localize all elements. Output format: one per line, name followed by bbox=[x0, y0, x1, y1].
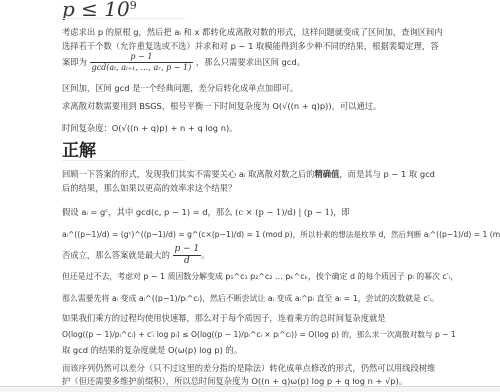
heading-divider bbox=[62, 18, 186, 19]
solution-para2-line1: 假设 aᵢ = gᶜ，其中 gcd(c, p − 1) = d，那么 (c × … bbox=[62, 206, 492, 219]
section-divider bbox=[62, 160, 186, 161]
paragraph-approach-line3: 案即为 p − 1 gcd(aₗ, aₗ₊₁, …, aᵣ, p − 1) ，那… bbox=[62, 52, 492, 73]
solution-para2-line2: aᵢ^((p−1)/d) = (gᶜ)^((p−1)/d) = g^(c×(p−… bbox=[62, 228, 492, 241]
paragraph-range-gcd: 区间加，区间 gcd 是一个经典问题，差分后转化成单点加即可。 bbox=[62, 82, 492, 95]
gcd-fraction: p − 1 gcd(aₗ, aₗ₊₁, …, aᵣ, p − 1) bbox=[90, 52, 194, 73]
bold-exact-value: 精确值 bbox=[314, 169, 339, 179]
paragraph-complexity: 时间复杂度：O(√((n + q)p) + n + q log n)。 bbox=[62, 122, 492, 135]
section-title-solution: 正解 bbox=[62, 136, 96, 161]
paragraph-bsgs: 求离散对数需要用到 BSGS，根号平衡一下时间复杂度为 O(√((n + q)p… bbox=[62, 100, 492, 113]
solution-para4-line1: 如果我们乘方的过程均使用快速幂，那么对于每个质因子，连着乘方的总时间复杂度就是 bbox=[62, 312, 492, 325]
solution-para4-line2: O(log((p − 1)/pᵢ^cᵢ) + c′ᵢ log pᵢ) ≤ O(l… bbox=[62, 328, 492, 341]
document-page: p ≤ 109 考虑求出 p 的原根 g，然后把 aᵢ 和 x 都转化成离散对数… bbox=[0, 0, 500, 387]
solution-para4-line3: 取 gcd 的结果的复杂度就是 O(ω(p) log p) 的。 bbox=[62, 344, 492, 357]
solution-para1-line2: 后的结果，那么如果以更高的效率求这个结果？ bbox=[62, 182, 492, 195]
solution-para2-line3: 否成立，那么答案就是最大的 p − 1 d 。 bbox=[62, 244, 492, 267]
solution-para3-line1: 但还是过不去，考虑对 p − 1 质因数分解变成 p₁^c₁ p₂^c₂ … p… bbox=[62, 270, 492, 283]
heading-constraint: p ≤ 109 bbox=[62, 0, 186, 18]
paragraph-approach-line1: 考虑求出 p 的原根 g，然后把 aᵢ 和 x 都转化成离散对数的形式，这样问题… bbox=[62, 26, 492, 39]
answer-fraction: p − 1 d bbox=[173, 244, 202, 267]
solution-para5-line2: 护（但还需要多维护前缀积），所以总时间复杂度为 O((n + q)ω(p) lo… bbox=[62, 375, 492, 388]
solution-para3-line2: 那么需要先将 aᵢ 变成 aᵢ^((p−1)/pᵢ^cᵢ)，然后不断尝试让 aᵢ… bbox=[62, 292, 492, 305]
solution-para1-line1: 回顾一下答案的形式，发现我们其实不需要关心 aᵢ 取离散对数之后的精确值，而是其… bbox=[62, 168, 492, 181]
solution-para5-line1: 而该序列仍然可以差分（只不过这里的差分指的是除法）转化成单点修改的形式，仍然可以… bbox=[62, 362, 492, 375]
